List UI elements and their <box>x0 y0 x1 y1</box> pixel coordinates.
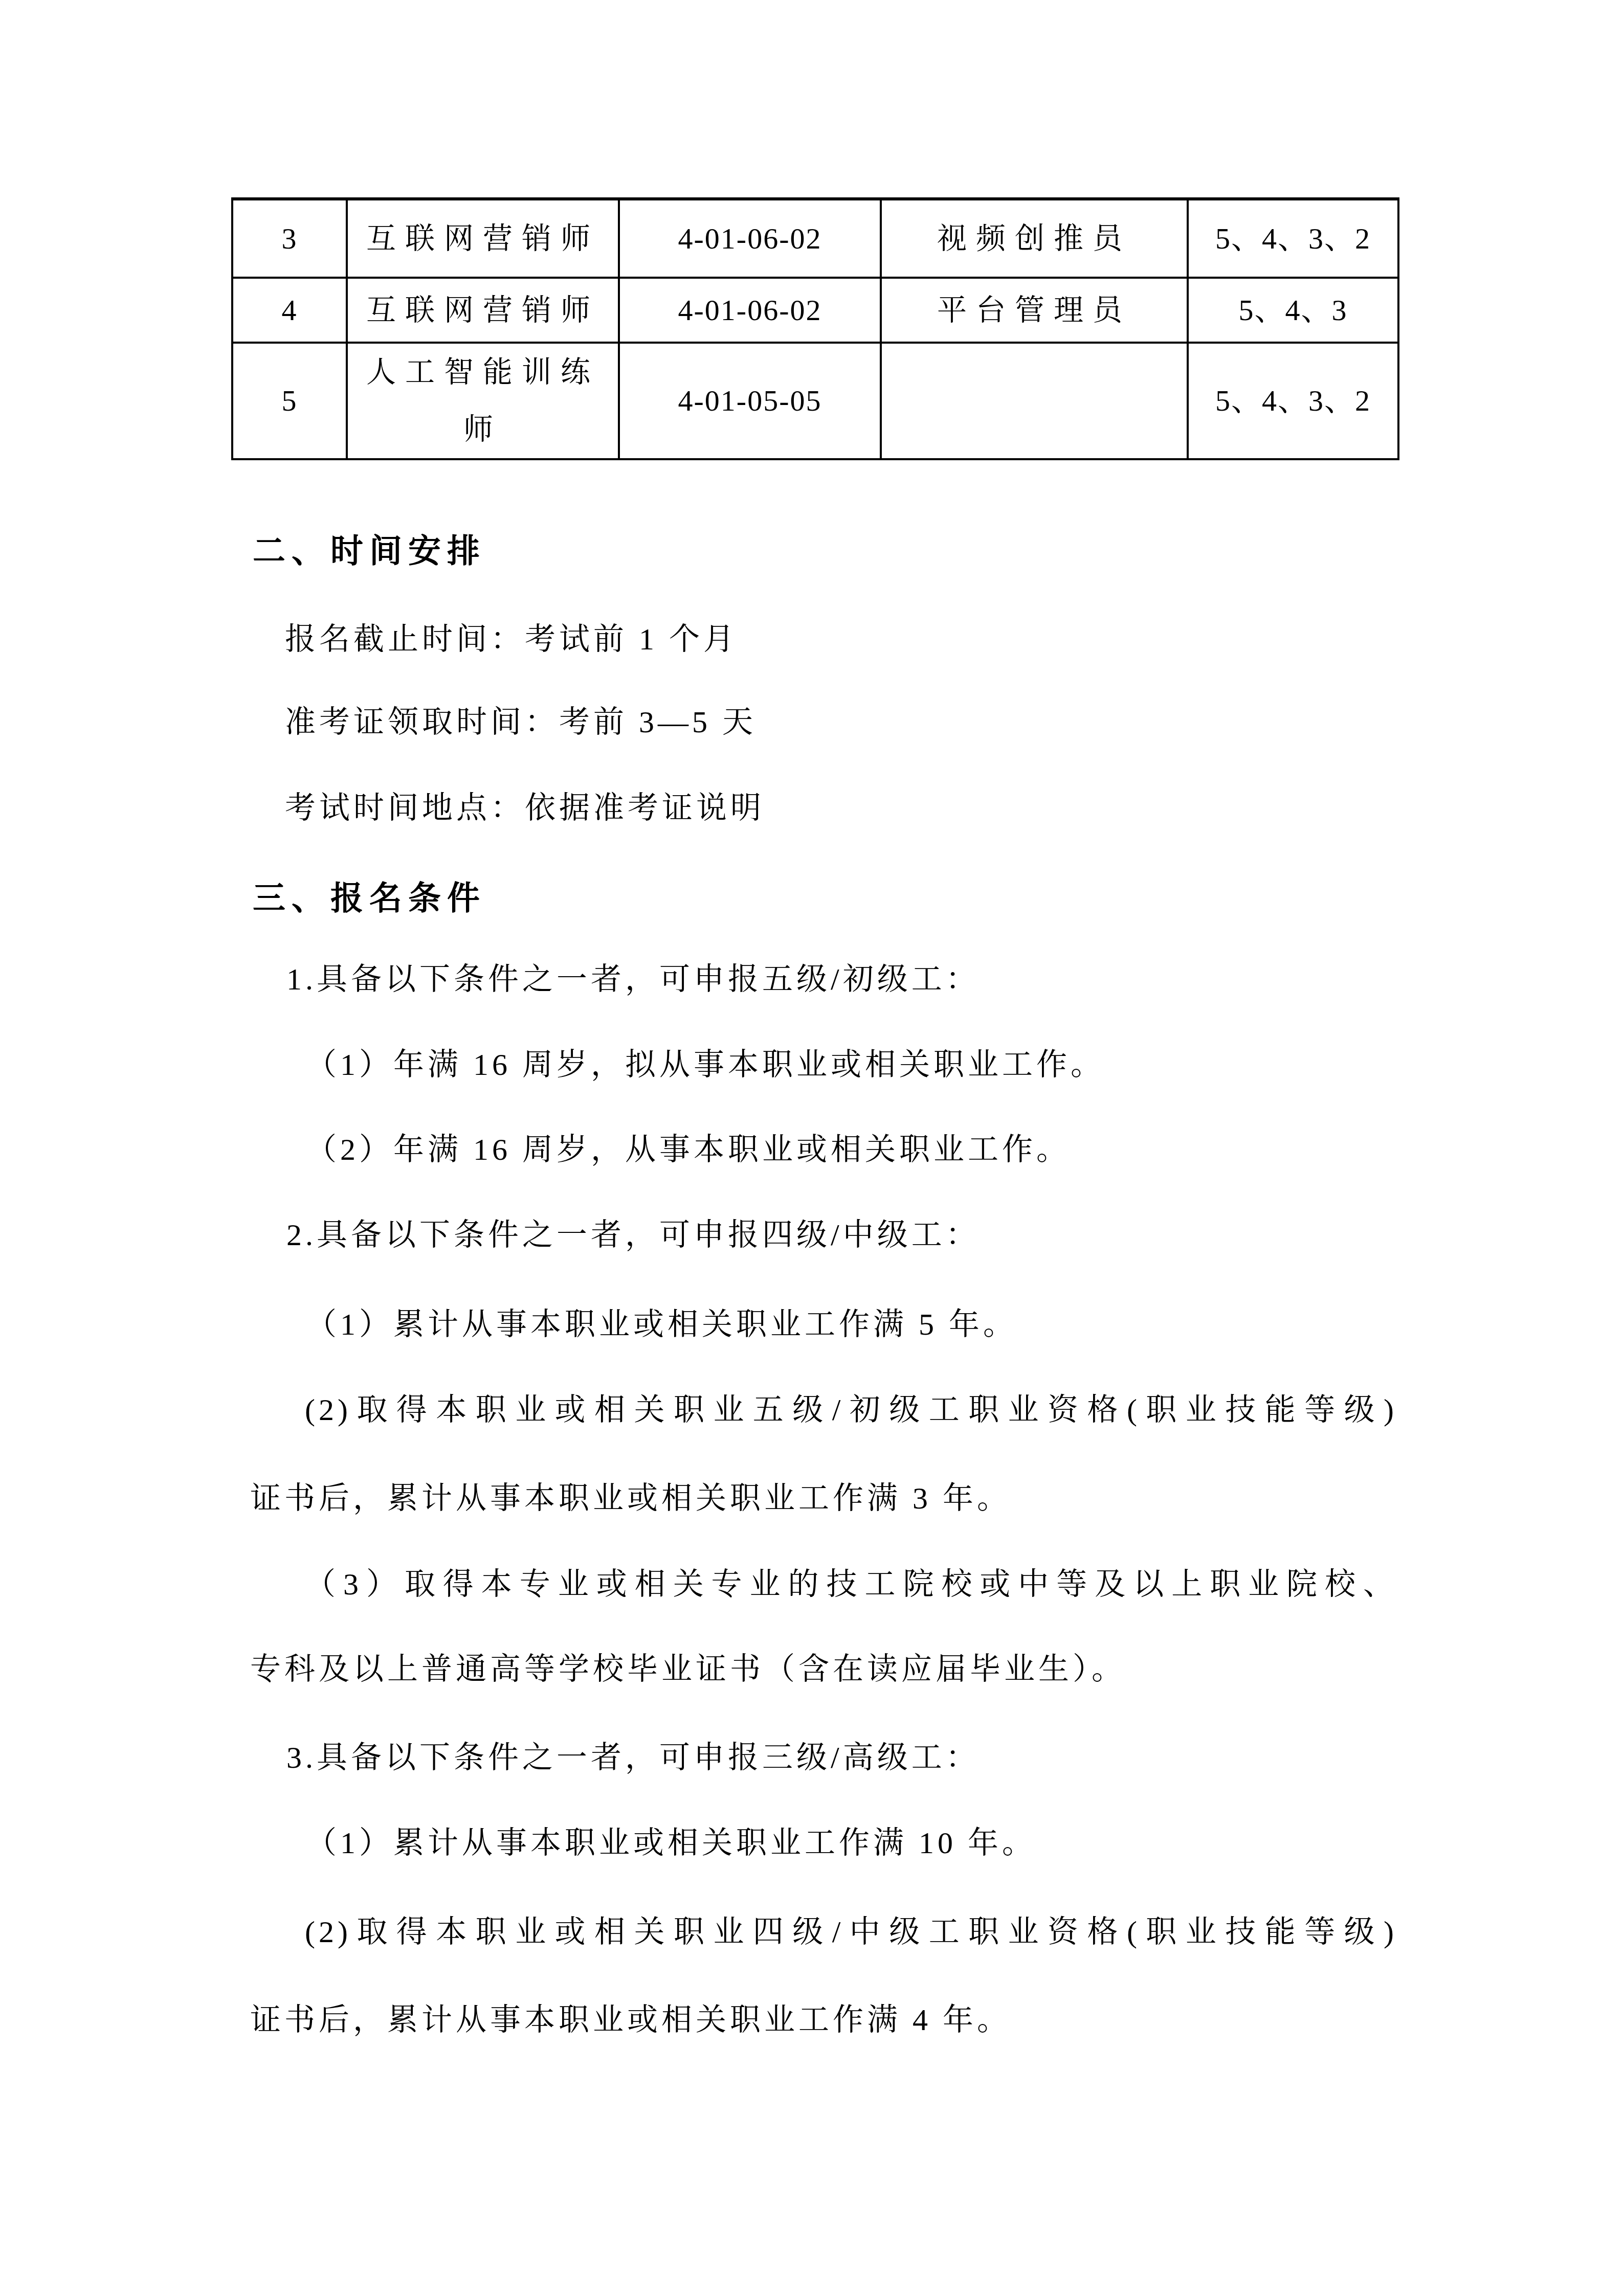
document-page: 3互联网营销师4-01-06-02视频创推员5、4、3、24互联网营销师4-01… <box>0 0 1624 2296</box>
table-cell: 5、4、3、2 <box>1188 343 1398 459</box>
text-line: 证书后，累计从事本职业或相关职业工作满 4 年。 <box>250 1989 1011 2051</box>
table-cell: 4-01-06-02 <box>619 199 881 278</box>
occupation-table: 3互联网营销师4-01-06-02视频创推员5、4、3、24互联网营销师4-01… <box>231 197 1399 460</box>
text-line: （3）取得本专业或相关专业的技工院校或中等及以上职业院校、 <box>305 1554 1397 1615</box>
text-line: (2)取得本职业或相关职业五级/初级工职业资格(职业技能等级) <box>305 1379 1397 1440</box>
table-cell: 5 <box>232 343 347 459</box>
text-line: （2）年满 16 周岁，从事本职业或相关职业工作。 <box>306 1119 1071 1180</box>
text-line: 证书后，累计从事本职业或相关职业工作满 3 年。 <box>250 1468 1011 1529</box>
table-cell: 4-01-06-02 <box>619 278 881 343</box>
table-cell: 4-01-05-05 <box>619 343 881 459</box>
text-line: (2)取得本职业或相关职业四级/中级工职业资格(职业技能等级) <box>305 1901 1397 1963</box>
text-line: 3.具备以下条件之一者，可申报三级/高级工： <box>286 1727 980 1788</box>
table-cell: 4 <box>232 278 347 343</box>
table-row: 4互联网营销师4-01-06-02平台管理员5、4、3 <box>232 278 1398 343</box>
table-cell: 互联网营销师 <box>347 199 619 278</box>
table-cell: 互联网营销师 <box>347 278 619 343</box>
text-line: 准考证领取时间：考前 3—5 天 <box>285 691 757 753</box>
text-line: （1）累计从事本职业或相关职业工作满 5 年。 <box>306 1294 1017 1355</box>
table-cell: 平台管理员 <box>881 278 1188 343</box>
section-heading: 二、时间安排 <box>253 521 486 582</box>
text-line: 专科及以上普通高等学校毕业证书（含在读应届毕业生）。 <box>250 1638 1126 1700</box>
table-cell: 3 <box>232 199 347 278</box>
table-cell: 5、4、3、2 <box>1188 199 1398 278</box>
table-cell: 视频创推员 <box>881 199 1188 278</box>
occupation-table-body: 3互联网营销师4-01-06-02视频创推员5、4、3、24互联网营销师4-01… <box>232 199 1398 459</box>
text-line: （1）年满 16 周岁，拟从事本职业或相关职业工作。 <box>306 1034 1105 1095</box>
table-cell: 人工智能训练师 <box>347 343 619 459</box>
text-line: （1）累计从事本职业或相关职业工作满 10 年。 <box>306 1812 1036 1874</box>
text-line: 1.具备以下条件之一者，可申报五级/初级工： <box>286 949 980 1010</box>
table-cell: 5、4、3 <box>1188 278 1398 343</box>
table-row: 3互联网营销师4-01-06-02视频创推员5、4、3、2 <box>232 199 1398 278</box>
table-row: 5人工智能训练师4-01-05-055、4、3、2 <box>232 343 1398 459</box>
text-line: 2.具备以下条件之一者，可申报四级/中级工： <box>286 1204 980 1266</box>
text-line: 考试时间地点：依据准考证说明 <box>285 777 765 839</box>
text-line: 报名截止时间：考试前 1 个月 <box>285 609 738 670</box>
table-cell <box>881 343 1188 459</box>
section-heading: 三、报名条件 <box>253 868 486 929</box>
